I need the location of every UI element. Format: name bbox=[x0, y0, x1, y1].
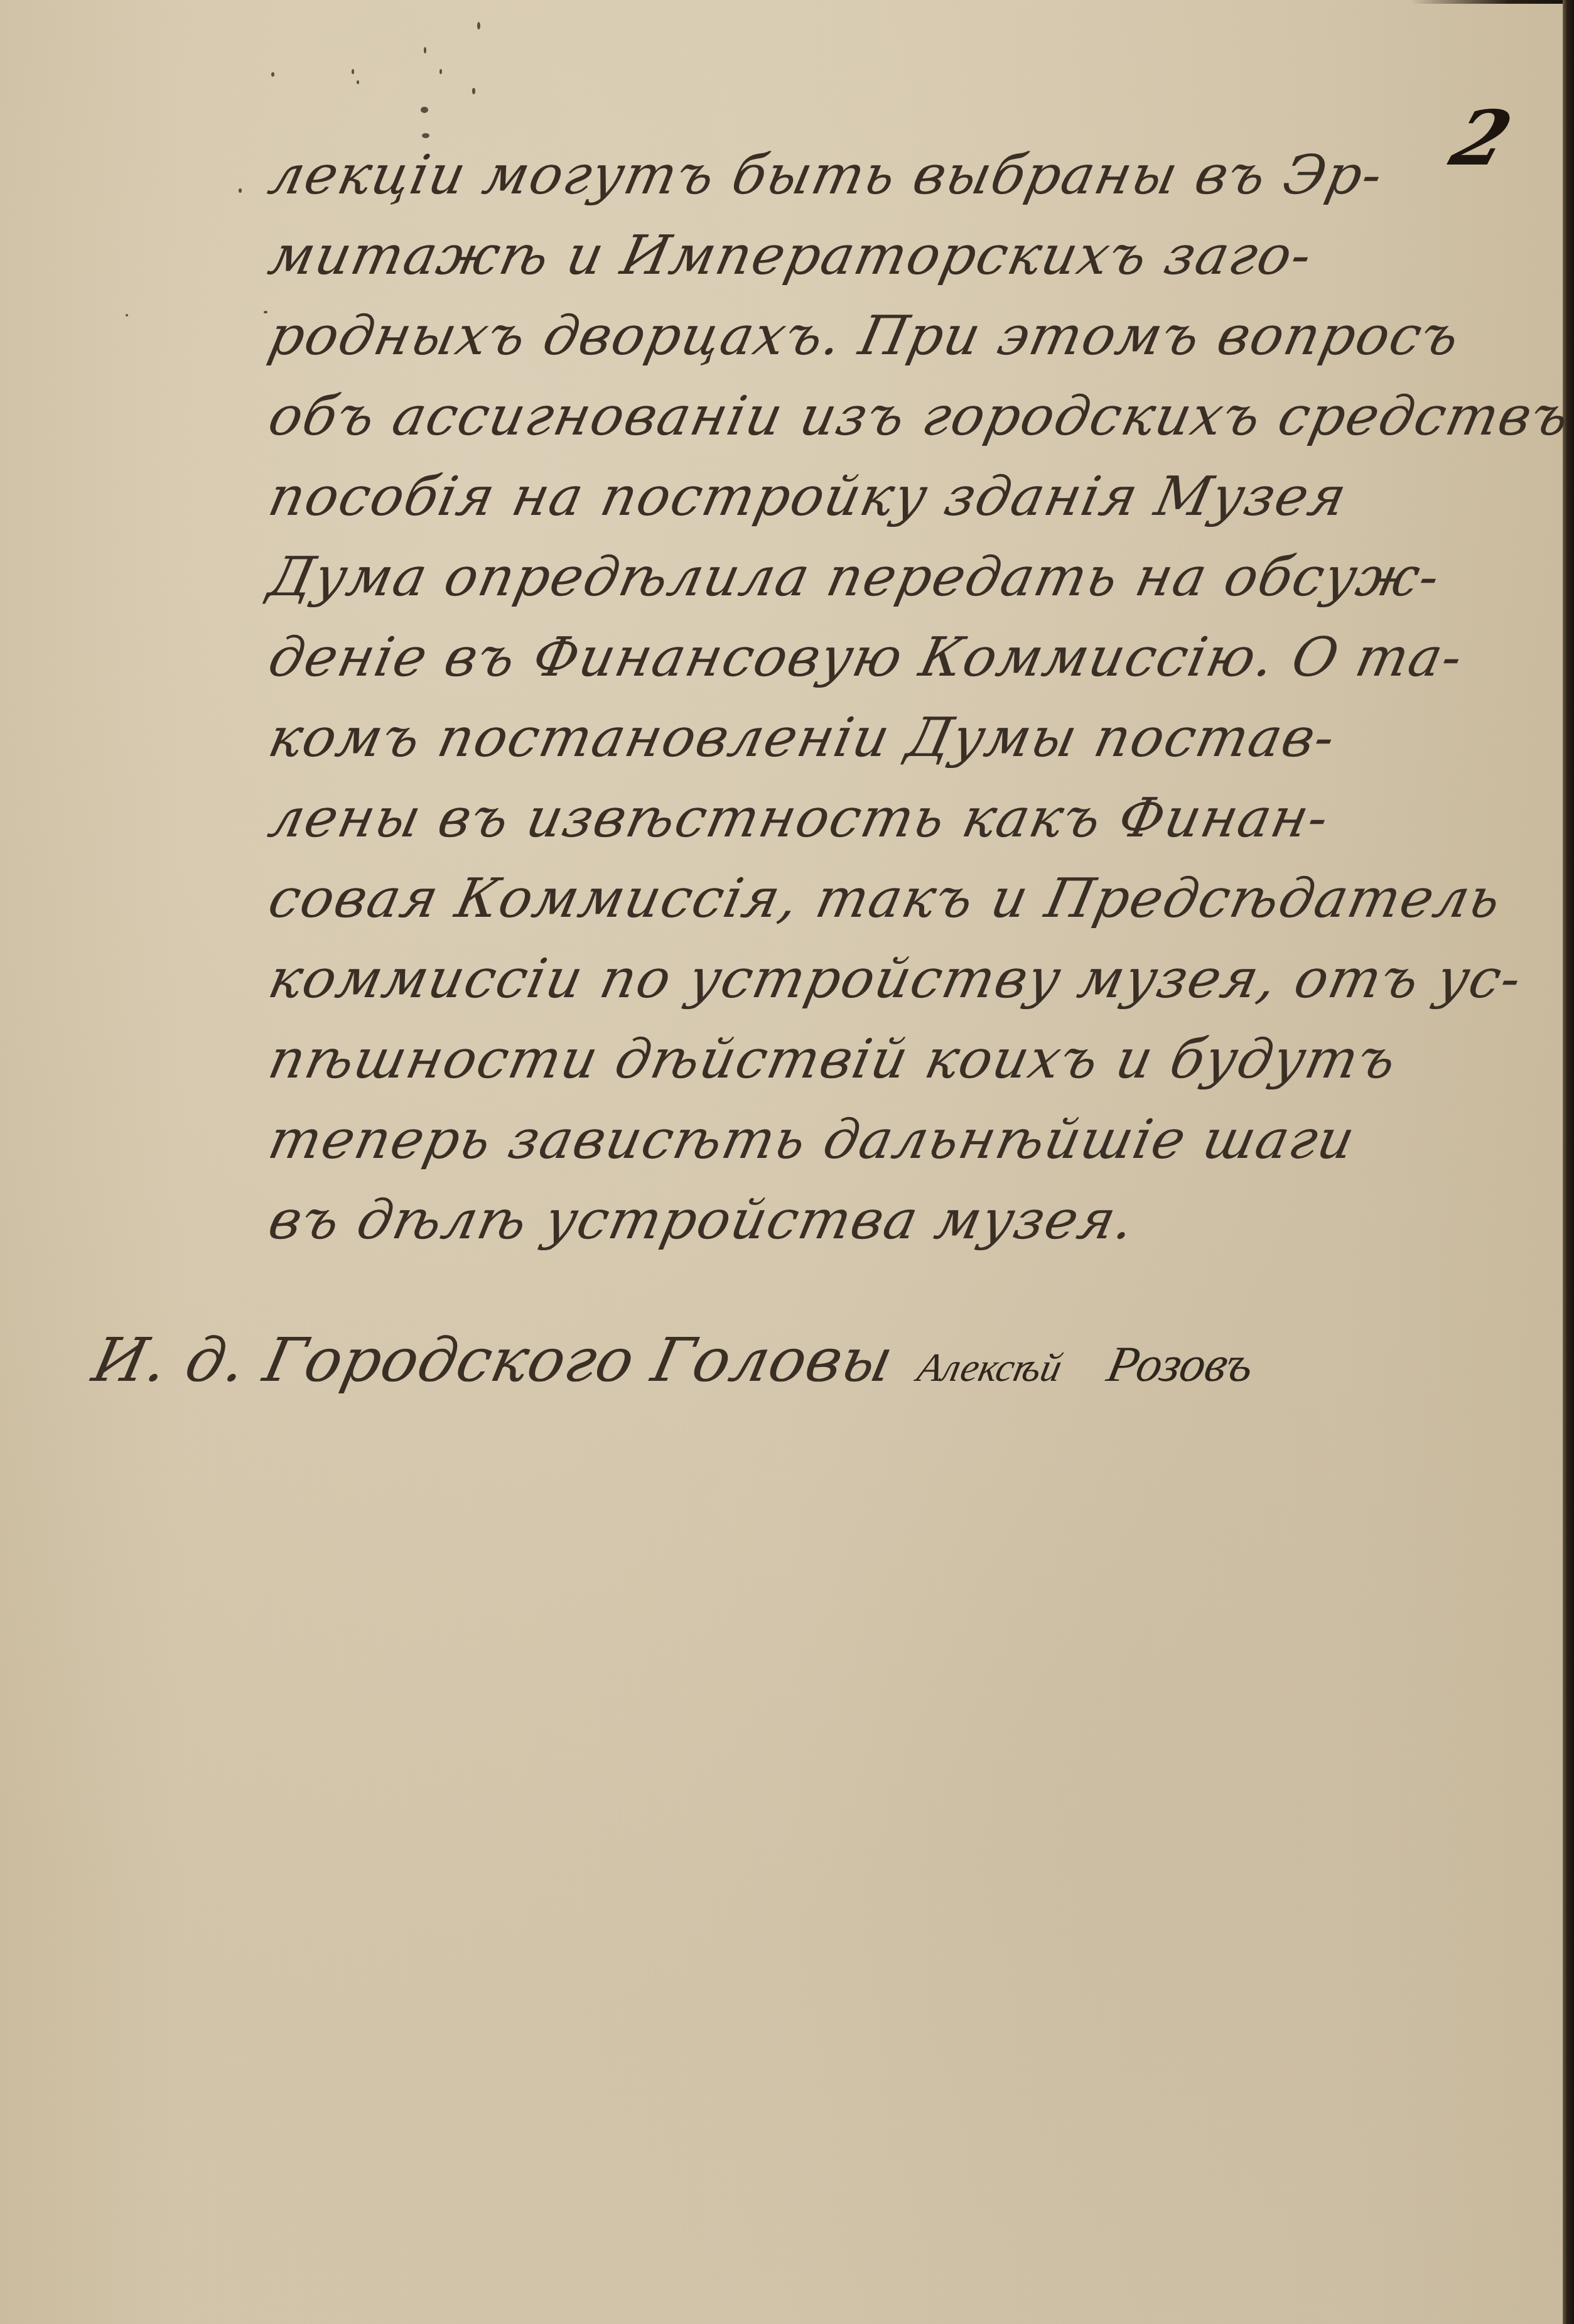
manuscript-page: 2 лекцiи могутъ быть выбраны въ Эр- мита… bbox=[0, 0, 1574, 2324]
signatory-surname: Розовъ bbox=[1102, 1337, 1259, 1392]
page-right-edge-binding bbox=[1563, 0, 1574, 2324]
text-line: объ ассигнованiи изъ городскихъ средствъ bbox=[261, 376, 1571, 457]
text-line: лены въ извѣстность какъ Финан- bbox=[261, 778, 1571, 858]
signature-block: И. д. Городского Головы Алексѣй Розовъ bbox=[87, 1325, 1261, 1395]
text-line: Дума опредѣлила передать на обсуж- bbox=[261, 537, 1571, 617]
ink-speck bbox=[424, 47, 426, 53]
text-line: теперь зависѣть дальнѣйшiе шаги bbox=[261, 1100, 1571, 1180]
text-line: денiе въ Финансовую Коммиссiю. О та- bbox=[261, 617, 1571, 698]
text-line: комъ постановленiи Думы постав- bbox=[261, 698, 1571, 778]
page-top-edge-shadow bbox=[1411, 0, 1574, 4]
text-line: митажѣ и Императорскихъ заго- bbox=[261, 215, 1571, 296]
text-line: лекцiи могутъ быть выбраны въ Эр- bbox=[261, 135, 1571, 215]
signatory-title: И. д. Городского Головы bbox=[87, 1325, 900, 1395]
text-line: совая Коммиссiя, такъ и Предсѣдатель bbox=[261, 858, 1571, 939]
text-line: въ дѣлѣ устройства музея. bbox=[261, 1180, 1571, 1260]
ink-speck bbox=[421, 107, 428, 113]
ink-speck bbox=[439, 69, 442, 74]
text-line: коммиссiи по устройству музея, отъ ус- bbox=[261, 939, 1571, 1019]
signatory-first-name: Алексѣй bbox=[914, 1345, 1066, 1390]
ink-speck bbox=[352, 69, 354, 74]
text-line: родныхъ дворцахъ. При этомъ вопросъ bbox=[261, 296, 1571, 376]
ink-speck bbox=[264, 311, 267, 313]
handwritten-body: лекцiи могутъ быть выбраны въ Эр- митажѣ… bbox=[270, 135, 1563, 1260]
text-line: пѣшности дѣйствiй коихъ и будутъ bbox=[261, 1019, 1571, 1100]
text-line: пособiя на постройку зданiя Музея bbox=[261, 457, 1571, 537]
ink-speck bbox=[126, 314, 128, 316]
ink-speck bbox=[477, 22, 480, 30]
ink-speck bbox=[271, 72, 274, 77]
ink-speck bbox=[472, 88, 475, 94]
ink-speck bbox=[239, 188, 242, 193]
ink-speck bbox=[357, 80, 359, 84]
